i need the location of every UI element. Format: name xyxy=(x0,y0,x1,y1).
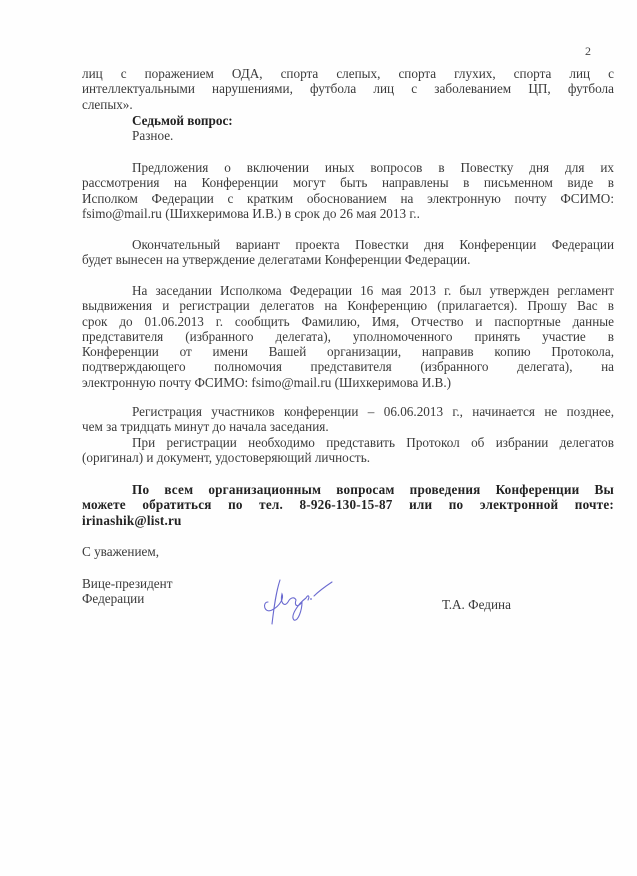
final-version-paragraph: Окончательный вариант проекта Повестки д… xyxy=(82,237,614,268)
text-line: лиц с поражением ОДА, спорта слепых, спо… xyxy=(82,66,614,81)
text-line: представителя (избранного делегата), упо… xyxy=(82,329,614,344)
text-line: можете обратиться по тел. 8-926-130-15-8… xyxy=(82,497,614,512)
text-line: Окончательный вариант проекта Повестки д… xyxy=(82,237,614,252)
text-line: срок до 01.06.2013 г. сообщить Фамилию, … xyxy=(82,314,614,329)
text-line: чем за тридцать минут до начала заседани… xyxy=(82,419,614,434)
question-heading: Седьмой вопрос: xyxy=(132,113,532,128)
email-link[interactable]: irinashik@list.ru xyxy=(82,513,614,528)
position-line: Федерации xyxy=(82,591,172,606)
text-line: будет вынесен на утверждение делегатами … xyxy=(82,252,614,267)
text-line: электронную почту ФСИМО: fsimo@mail.ru (… xyxy=(82,375,614,390)
text-line: Исполком Федерации с кратким обоснование… xyxy=(82,191,614,206)
document-page: 2 лиц с поражением ОДА, спорта слепых, с… xyxy=(0,0,637,876)
intro-paragraph: лиц с поражением ОДА, спорта слепых, спо… xyxy=(82,66,614,112)
contacts-paragraph: По всем организационным вопросам проведе… xyxy=(82,482,614,528)
text-line: fsimo@mail.ru (Шихкеримова И.В.) в срок … xyxy=(82,206,614,221)
regulations-paragraph: На заседании Исполкома Федерации 16 мая … xyxy=(82,283,614,390)
text-line: интеллектуальными нарушениями, футбола л… xyxy=(82,81,614,96)
text-line: подтверждающего полномочия представителя… xyxy=(82,359,614,374)
text-line: слепых». xyxy=(82,97,614,112)
text-line: При регистрации необходимо представить П… xyxy=(82,435,614,450)
documents-paragraph: При регистрации необходимо представить П… xyxy=(82,435,614,466)
signer-position: Вице-президент Федерации xyxy=(82,576,172,607)
signer-name: Т.А. Федина xyxy=(442,597,511,613)
text-line: Предложения о включении иных вопросов в … xyxy=(82,160,614,175)
text-line: рассмотрения на Конференции могут быть н… xyxy=(82,175,614,190)
text-line: Регистрация участников конференции – 06.… xyxy=(82,404,614,419)
signature-image xyxy=(258,572,338,632)
text-line: выдвижения и регистрации делегатов на Ко… xyxy=(82,298,614,313)
closing-regards: С уважением, xyxy=(82,544,159,559)
position-line: Вице-президент xyxy=(82,576,172,591)
text-line: На заседании Исполкома Федерации 16 мая … xyxy=(82,283,614,298)
seventh-question: Седьмой вопрос: Разное. xyxy=(132,113,532,144)
text-line: Конференции от имени Вашей организации, … xyxy=(82,344,614,359)
text-line: По всем организационным вопросам проведе… xyxy=(82,482,614,497)
registration-paragraph: Регистрация участников конференции – 06.… xyxy=(82,404,614,435)
page-number: 2 xyxy=(585,44,591,59)
question-text: Разное. xyxy=(132,128,532,143)
text-line: (оригинал) и документ, удостоверяющий ли… xyxy=(82,450,614,465)
proposals-paragraph: Предложения о включении иных вопросов в … xyxy=(82,160,614,221)
